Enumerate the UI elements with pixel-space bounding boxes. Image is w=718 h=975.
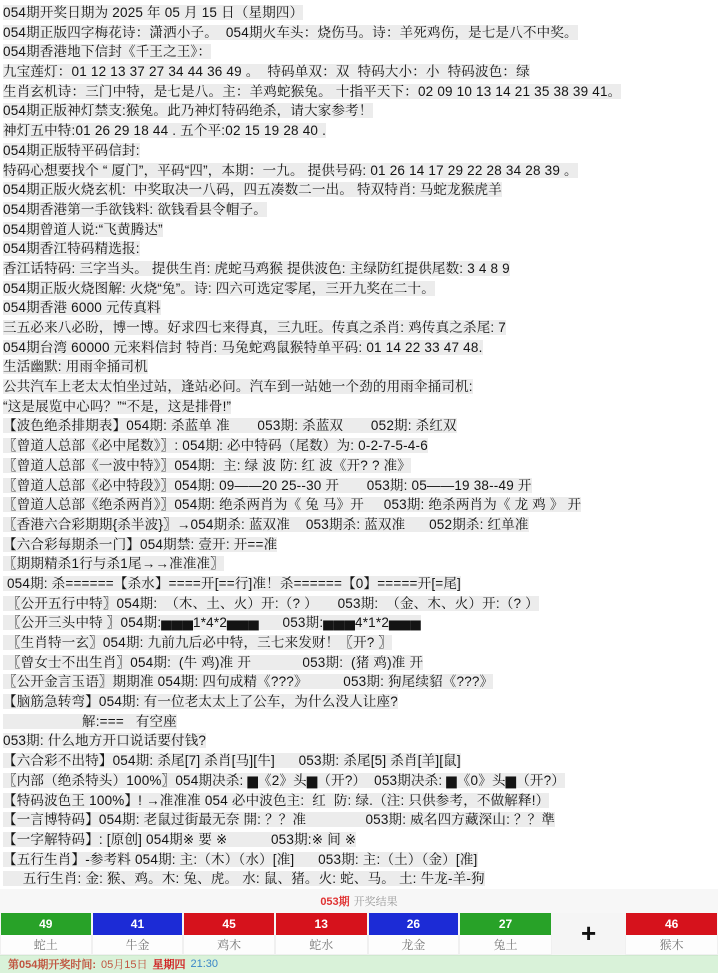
next-draw-label: 第054期开奖时间: (8, 956, 96, 972)
result-ball: 45鸡木 (183, 913, 275, 955)
report-line: 054期香港 6000 元传真料 (3, 298, 716, 318)
ball-number: 49 (1, 913, 91, 935)
report-line: 生活幽默: 用雨伞捅司机 (3, 357, 716, 377)
report-line-text: 〖生肖特一玄〗054期: 九前九后必中特，三七来发财！〖开? 〗 (3, 635, 392, 650)
report-line: 053期: 什么地方开口说话要付钱? (3, 731, 716, 751)
report-line: 054期: 杀======【杀水】====开[==行]准！杀======【0】=… (3, 574, 716, 594)
report-line-text: 054期香港地下信封《千王之王》： (3, 44, 211, 59)
lottery-report-text: 054期开奖日期为 2025 年 05 月 15 日（星期四）054期正版四字梅… (0, 0, 718, 889)
report-line: 〖香港六合彩期期{杀半波}〗→054期杀: 蓝双准 053期杀: 蓝双准 052… (3, 515, 716, 535)
report-line-text: 〖曾道人总部《必中尾数》〗: 054期: 必中特码（尾数）为: 0-2-7-5-… (3, 438, 428, 453)
report-line: 〖生肖特一玄〗054期: 九前九后必中特，三七来发财！〖开? 〗 (3, 633, 716, 653)
report-line: 特码心想要找个 “ 厦门”，平码“四”，本期：一九。 提供号码: 01 26 1… (3, 161, 716, 181)
report-line-text: 公共汽车上老太太怕坐过站，逢站必问。汽车到一站她一个劲的用雨伞捅司机: (3, 379, 473, 394)
ball-zodiac: 兔土 (459, 935, 552, 955)
report-line: 〖公开五行中特〗054期: （木、土、火）开:（? ） 053期: （金、木、火… (3, 594, 716, 614)
report-line-text: 【六合彩每期杀一门】054期禁: 壹开: 开==准 (3, 537, 277, 552)
report-line: 【波色绝杀排期表】054期: 杀蓝单 准 053期: 杀蓝双 052期: 杀红双 (3, 416, 716, 436)
report-line: 生肖玄机诗：三门中特，是七是八。主：羊鸡蛇猴兔。 十指平天下：02 09 10 … (3, 82, 716, 102)
report-line-text: 〖曾道人总部《绝杀两肖》〗054期: 绝杀两肖为《 兔 马》开 053期: 绝杀… (3, 497, 581, 512)
ball-zodiac: 龙金 (368, 935, 460, 955)
results-footer: 第054期开奖时间: 05月15日 星期四 21:30 (0, 955, 718, 973)
report-line: 【脑筋急转弯】054期: 有一位老太太上了公车，为什么没人让座? (3, 692, 716, 712)
report-line: 香江话特码: 三字当头。 提供生肖: 虎蛇马鸡猴 提供波色: 主绿防红提供尾数:… (3, 259, 716, 279)
report-line: 054期开奖日期为 2025 年 05 月 15 日（星期四） (3, 3, 716, 23)
report-line: 五行生肖: 金: 猴、鸡。木: 兔、虎。 水: 鼠、猪。火: 蛇、马。 土: 牛… (3, 869, 716, 889)
next-draw-date: 05月15日 (101, 956, 147, 972)
report-line: 〖曾道人总部《一波中特》〗054期: 主: 绿 波 防: 红 波《开? ? 准》 (3, 456, 716, 476)
report-line: “这是展览中心吗？”“不是，这是排骨!” (3, 397, 716, 417)
report-line-text: 【五行生肖】-参考料 054期: 主:（木）（水）[准] 053期: 主:（土）… (3, 852, 478, 867)
report-line: 054期正版火烧图解: 火烧“兔”。诗: 四六可选定零尾，三开九奖在二十。 (3, 279, 716, 299)
report-line-text: 〖香港六合彩期期{杀半波}〗→054期杀: 蓝双准 053期杀: 蓝双准 052… (3, 517, 529, 532)
report-line-text: 【脑筋急转弯】054期: 有一位老太太上了公车，为什么没人让座? (3, 694, 398, 709)
result-ball: 13蛇水 (275, 913, 368, 955)
next-draw-time: 21:30 (191, 958, 219, 970)
ball-number: 13 (276, 913, 367, 935)
report-line: 054期香港地下信封《千王之王》： (3, 42, 716, 62)
report-line: 〖曾道人总部《必中特段》〗054期: 09——20 25--30 开 053期:… (3, 476, 716, 496)
report-line: 【五行生肖】-参考料 054期: 主:（木）（水）[准] 053期: 主:（土）… (3, 850, 716, 870)
report-line: 054期曾道人说:“飞黄腾达” (3, 220, 716, 240)
report-line-text: 054期香港第一手欲钱料: 欲钱看县令帽子。 (3, 202, 267, 217)
report-line-text: 生肖玄机诗：三门中特，是七是八。主：羊鸡蛇猴兔。 十指平天下：02 09 10 … (3, 84, 621, 99)
report-line-text: 054期: 杀======【杀水】====开[==行]准！杀======【0】=… (3, 576, 461, 591)
report-line: 【六合彩不出特】054期: 杀尾[7] 杀肖[马][牛] 053期: 杀尾[5]… (3, 751, 716, 771)
ball-number: 27 (460, 913, 551, 935)
next-draw-weekday: 星期四 (153, 956, 186, 972)
result-ball: 49蛇土 (0, 913, 92, 955)
results-grid: 49蛇土41牛金45鸡木13蛇水26龙金27兔土+46猴木 (0, 913, 718, 955)
report-line: 054期正版神灯禁支:猴兔。此乃神灯特码绝杀，请大家参考！ (3, 101, 716, 121)
report-line-text: 香江话特码: 三字当头。 提供生肖: 虎蛇马鸡猴 提供波色: 主绿防红提供尾数:… (3, 261, 510, 276)
report-line: 【特码波色王 100%】! →准准准 054 必中波色主: 红 防: 绿.（注:… (3, 791, 716, 811)
report-line: 三五必来八必盼，博一博。好求四七来得真，三九旺。传真之杀肖: 鸡传真之杀尾: 7 (3, 318, 716, 338)
report-line-text: 【六合彩不出特】054期: 杀尾[7] 杀肖[马][牛] 053期: 杀尾[5]… (3, 753, 461, 768)
report-line-text: 〖公开三头中特 〗054期:▅▅▅1*4*2▅▅▅ 053期:▅▅▅4*1*2▅… (3, 615, 421, 630)
ball-zodiac: 蛇水 (275, 935, 368, 955)
report-line: 〖公开三头中特 〗054期:▅▅▅1*4*2▅▅▅ 053期:▅▅▅4*1*2▅… (3, 613, 716, 633)
report-line-text: 054期开奖日期为 2025 年 05 月 15 日（星期四） (3, 5, 303, 20)
plus-sign: + (552, 913, 626, 954)
report-line-text: 解:=== 有空座 (3, 714, 177, 729)
report-line-text: 054期台湾 60000 元来料信封 特肖: 马兔蛇鸡鼠猴特单平码: 01 14… (3, 340, 483, 355)
report-line: 解:=== 有空座 (3, 712, 716, 732)
report-line-text: “这是展览中心吗？”“不是，这是排骨!” (3, 399, 231, 414)
report-line-text: 九宝莲灯：01 12 13 37 27 34 44 36 49 。 特码单双：双… (3, 64, 530, 79)
report-line-text: 〖曾道人总部《必中特段》〗054期: 09——20 25--30 开 053期:… (3, 478, 532, 493)
ball-zodiac: 鸡木 (183, 935, 275, 955)
report-line-text: 【一言博特码】054期: 老鼠过街最无奈 開: ？？准 053期: 威名四方藏深… (3, 812, 555, 827)
report-line-text: 〖曾女士不出生肖〗054期: (牛 鸡)准 开 053期: (猪 鸡)准 开 (3, 655, 423, 670)
report-line: 神灯五中特:01 26 29 18 44 . 五个平:02 15 19 28 4… (3, 121, 716, 141)
result-ball: 27兔土 (459, 913, 552, 955)
report-line-text: 054期曾道人说:“飞黄腾达” (3, 222, 163, 237)
report-line-text: 054期正版神灯禁支:猴兔。此乃神灯特码绝杀，请大家参考！ (3, 103, 373, 118)
report-line-text: 054期正版火烧玄机: 中奖取决一八码，四五凑数二一出。 特双特肖: 马蛇龙猴虎… (3, 182, 502, 197)
report-line: 〖曾道人总部《绝杀两肖》〗054期: 绝杀两肖为《 兔 马》开 053期: 绝杀… (3, 495, 716, 515)
report-line: 【一言博特码】054期: 老鼠过街最无奈 開: ？？准 053期: 威名四方藏深… (3, 810, 716, 830)
results-title: 开奖结果 (354, 893, 398, 909)
report-line-text: 【特码波色王 100%】! →准准准 054 必中波色主: 红 防: 绿.（注:… (3, 793, 549, 808)
report-line-text: 三五必来八必盼，博一博。好求四七来得真，三九旺。传真之杀肖: 鸡传真之杀尾: 7 (3, 320, 506, 335)
result-ball: 41牛金 (92, 913, 184, 955)
report-line-text: 〖公开金言玉语〗期期准 054期: 四句成精《???》 053期: 狗尾续貂《?… (3, 674, 493, 689)
report-line: 〖内部（绝杀特头）100%〗054期决杀: ▆《2》头▆（开?） 053期决杀:… (3, 771, 716, 791)
results-period: 053期 (320, 893, 349, 909)
report-line-text: 生活幽默: 用雨伞捅司机 (3, 359, 148, 374)
report-line-text: 〖曾道人总部《一波中特》〗054期: 主: 绿 波 防: 红 波《开? ? 准》 (3, 458, 411, 473)
report-line: 054期台湾 60000 元来料信封 特肖: 马兔蛇鸡鼠猴特单平码: 01 14… (3, 338, 716, 358)
report-line: 【一字解特码】: [原创] 054期※ 要 ※ 053期:※ 间 ※ (3, 830, 716, 850)
ball-number: 41 (93, 913, 183, 935)
report-line-text: 五行生肖: 金: 猴、鸡。木: 兔、虎。 水: 鼠、猪。火: 蛇、马。 土: 牛… (3, 871, 485, 886)
report-line: 054期正版特平码信封: (3, 141, 716, 161)
report-line: 公共汽车上老太太怕坐过站，逢站必问。汽车到一站她一个劲的用雨伞捅司机: (3, 377, 716, 397)
report-line: 054期香江特码精选报: (3, 239, 716, 259)
report-line-text: 054期正版特平码信封: (3, 143, 140, 158)
report-line: 【六合彩每期杀一门】054期禁: 壹开: 开==准 (3, 535, 716, 555)
report-line: 054期正版火烧玄机: 中奖取决一八码，四五凑数二一出。 特双特肖: 马蛇龙猴虎… (3, 180, 716, 200)
report-line-text: 〖内部（绝杀特头）100%〗054期决杀: ▆《2》头▆（开?） 053期决杀:… (3, 773, 565, 788)
ball-number: 45 (184, 913, 274, 935)
report-line-text: 神灯五中特:01 26 29 18 44 . 五个平:02 15 19 28 4… (3, 123, 326, 138)
report-line-text: 054期正版四字梅花诗：潇洒小子。 054期火车头：烧伤马。诗：羊死鸡伤，是七是… (3, 25, 578, 40)
report-line: 〖期期精杀1行与杀1尾→→准准准〗 (3, 554, 716, 574)
report-line: 054期正版四字梅花诗：潇洒小子。 054期火车头：烧伤马。诗：羊死鸡伤，是七是… (3, 23, 716, 43)
report-line: 054期香港第一手欲钱料: 欲钱看县令帽子。 (3, 200, 716, 220)
result-ball: 26龙金 (368, 913, 460, 955)
report-line-text: 〖期期精杀1行与杀1尾→→准准准〗 (3, 556, 224, 571)
report-line-text: 054期正版火烧图解: 火烧“兔”。诗: 四六可选定零尾，三开九奖在二十。 (3, 281, 435, 296)
results-section: 053期 开奖结果 49蛇土41牛金45鸡木13蛇水26龙金27兔土+46猴木 … (0, 889, 718, 973)
result-ball: 46猴木 (625, 913, 718, 955)
ball-zodiac: 蛇土 (0, 935, 92, 955)
report-line: 〖曾道人总部《必中尾数》〗: 054期: 必中特码（尾数）为: 0-2-7-5-… (3, 436, 716, 456)
ball-zodiac: 猴木 (625, 935, 718, 955)
report-line-text: 特码心想要找个 “ 厦门”，平码“四”，本期：一九。 提供号码: 01 26 1… (3, 163, 578, 178)
report-line-text: 054期香港 6000 元传真料 (3, 300, 161, 315)
report-line-text: 054期香江特码精选报: (3, 241, 140, 256)
report-line: 九宝莲灯：01 12 13 37 27 34 44 36 49 。 特码单双：双… (3, 62, 716, 82)
ball-number: 26 (369, 913, 459, 935)
report-line: 〖曾女士不出生肖〗054期: (牛 鸡)准 开 053期: (猪 鸡)准 开 (3, 653, 716, 673)
report-line-text: 〖公开五行中特〗054期: （木、土、火）开:（? ） 053期: （金、木、火… (3, 596, 539, 611)
results-header: 053期 开奖结果 (0, 889, 718, 913)
report-line-text: 【波色绝杀排期表】054期: 杀蓝单 准 053期: 杀蓝双 052期: 杀红双 (3, 418, 457, 433)
ball-zodiac: 牛金 (92, 935, 184, 955)
ball-number: 46 (626, 913, 717, 935)
report-line-text: 【一字解特码】: [原创] 054期※ 要 ※ 053期:※ 间 ※ (3, 832, 356, 847)
report-line-text: 053期: 什么地方开口说话要付钱? (3, 733, 206, 748)
report-line: 〖公开金言玉语〗期期准 054期: 四句成精《???》 053期: 狗尾续貂《?… (3, 672, 716, 692)
